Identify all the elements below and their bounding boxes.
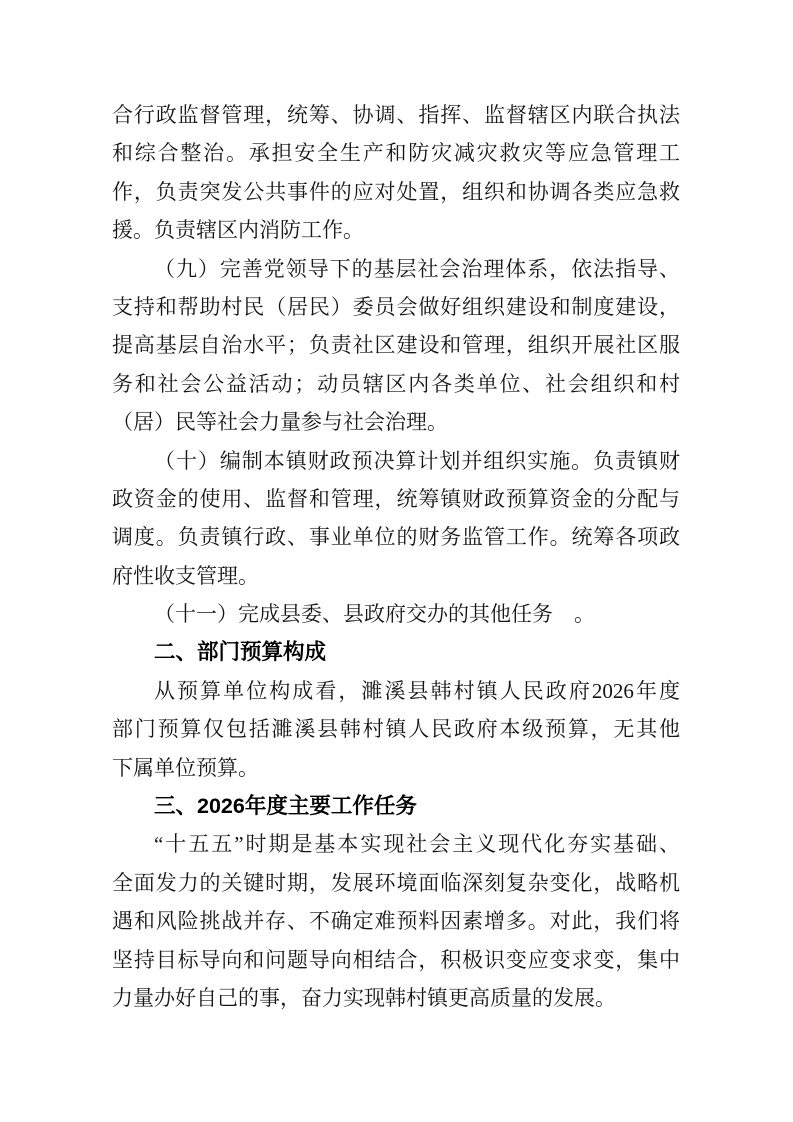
paragraph-2026-work-tasks: “十五五”时期是基本实现社会主义现代化夯实基础、 全面发力的关键时期，发展环境面…	[112, 825, 680, 1017]
section-heading: 三、2026年度主要工作任务	[112, 787, 680, 825]
text-line: 遇和风险挑战并存、不确定难预料因素增多。对此，我们将	[112, 902, 680, 940]
text-line: 府性收支管理。	[112, 557, 680, 595]
text-line: （九）完善党领导下的基层社会治理体系，依法指导、	[112, 250, 680, 288]
document-body: 合行政监督管理，统筹、协调、指挥、监督辖区内联合执法 和综合整治。承担安全生产和…	[112, 96, 680, 1017]
paragraph-emergency-duties-continuation: 合行政监督管理，统筹、协调、指挥、监督辖区内联合执法 和综合整治。承担安全生产和…	[112, 96, 680, 250]
text-line: 支持和帮助村民（居民）委员会做好组织建设和制度建设，	[112, 288, 680, 326]
heading-section-2-budget-composition: 二、部门预算构成	[112, 633, 680, 671]
heading-section-3-2026-tasks: 三、2026年度主要工作任务	[112, 787, 680, 825]
text-line: “十五五”时期是基本实现社会主义现代化夯实基础、	[112, 825, 680, 863]
paragraph-budget-composition: 从预算单位构成看，濉溪县韩村镇人民政府2026年度 部门预算仅包括濉溪县韩村镇人…	[112, 672, 680, 787]
text-line: 坚持目标导向和问题导向相结合，积极识变应变求变，集中	[112, 941, 680, 979]
text-line: 调度。负责镇行政、事业单位的财务监管工作。统筹各项政	[112, 518, 680, 556]
text-line: 作，负责突发公共事件的应对处置，组织和协调各类应急救	[112, 173, 680, 211]
text-line: 和综合整治。承担安全生产和防灾减灾救灾等应急管理工	[112, 134, 680, 172]
text-line: 政资金的使用、监督和管理，统筹镇财政预算资金的分配与	[112, 480, 680, 518]
paragraph-item-9-grassroots-governance: （九）完善党领导下的基层社会治理体系，依法指导、 支持和帮助村民（居民）委员会做…	[112, 250, 680, 442]
text-line: 力量办好自己的事，奋力实现韩村镇更高质量的发展。	[112, 979, 680, 1017]
text-line: （十）编制本镇财政预决算计划并组织实施。负责镇财	[112, 442, 680, 480]
text-line: 务和社会公益活动；动员辖区内各类单位、社会组织和村	[112, 365, 680, 403]
paragraph-item-10-fiscal-budget: （十）编制本镇财政预决算计划并组织实施。负责镇财 政资金的使用、监督和管理，统筹…	[112, 442, 680, 596]
text-line: 提高基层自治水平；负责社区建设和管理，组织开展社区服	[112, 326, 680, 364]
text-line: （十一）完成县委、县政府交办的其他任务 。	[112, 595, 680, 633]
document-page: { "document": { "background_color": "#ff…	[0, 0, 793, 1122]
text-line: 援。负责辖区内消防工作。	[112, 211, 680, 249]
text-line: 从预算单位构成看，濉溪县韩村镇人民政府2026年度	[112, 672, 680, 710]
text-line: 合行政监督管理，统筹、协调、指挥、监督辖区内联合执法	[112, 96, 680, 134]
paragraph-item-11-other-tasks: （十一）完成县委、县政府交办的其他任务 。	[112, 595, 680, 633]
text-line: 部门预算仅包括濉溪县韩村镇人民政府本级预算，无其他	[112, 710, 680, 748]
text-line: （居）民等社会力量参与社会治理。	[112, 403, 680, 441]
text-line: 全面发力的关键时期，发展环境面临深刻复杂变化，战略机	[112, 864, 680, 902]
section-heading: 二、部门预算构成	[112, 633, 680, 671]
text-line: 下属单位预算。	[112, 749, 680, 787]
